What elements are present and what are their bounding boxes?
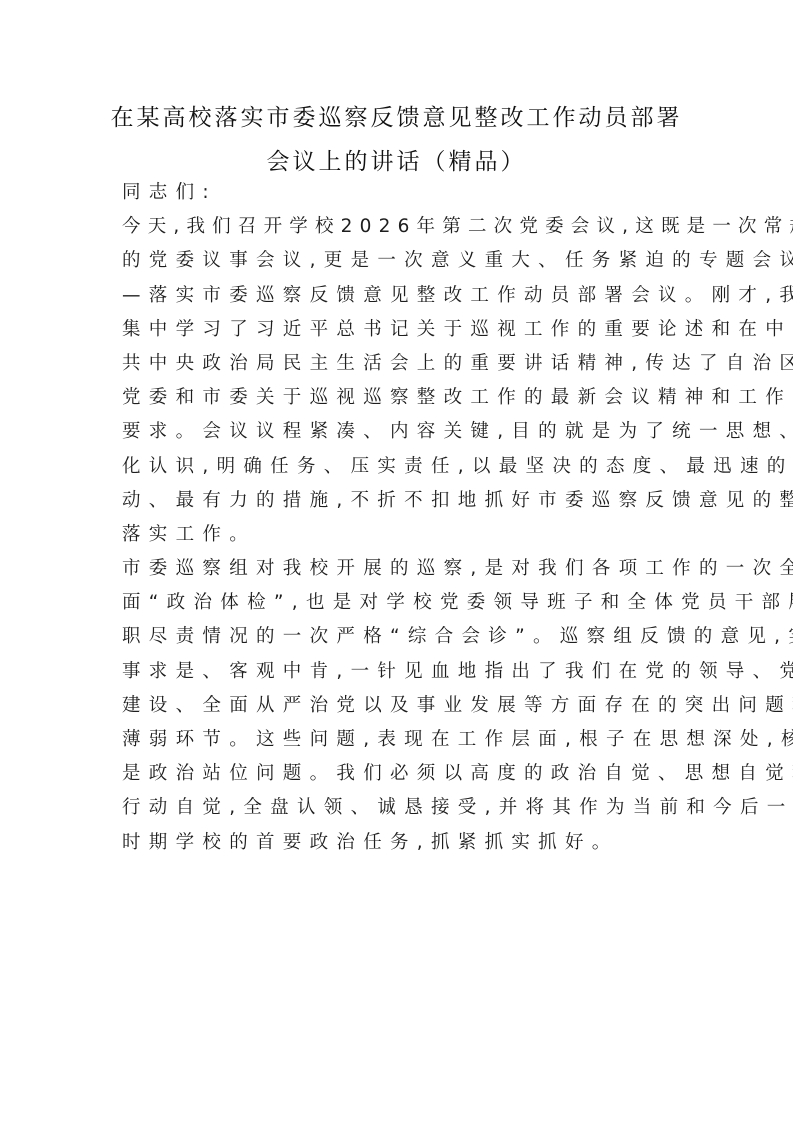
paragraph-line: 动、最有力的措施,不折不扣地抓好市委巡察反馈意见的整改 — [122, 484, 674, 518]
paragraph-2: 市委巡察组对我校开展的巡察,是对我们各项工作的一次全 面“政治体检”,也是对学校… — [122, 552, 674, 860]
paragraph-line: 是政治站位问题。我们必须以高度的政治自觉、思想自觉和 — [122, 757, 674, 791]
document-title-line-2: 会议上的讲话（精品） — [0, 143, 793, 176]
paragraph-1: 今天,我们召开学校2026年第二次党委会议,这既是一次常规 的党委议事会议,更是… — [122, 210, 674, 552]
paragraph-line: 事求是、客观中肯,一针见血地指出了我们在党的领导、党的 — [122, 655, 674, 689]
paragraph-line: 的党委议事会议,更是一次意义重大、任务紧迫的专题会议— — [122, 244, 674, 278]
paragraph-line: 今天,我们召开学校2026年第二次党委会议,这既是一次常规 — [122, 210, 674, 244]
paragraph-line: —落实市委巡察反馈意见整改工作动员部署会议。刚才,我们 — [122, 279, 674, 313]
paragraph-line: 面“政治体检”,也是对学校党委领导班子和全体党员干部履 — [122, 586, 674, 620]
paragraph-line: 时期学校的首要政治任务,抓紧抓实抓好。 — [122, 826, 674, 860]
paragraph-line: 集中学习了习近平总书记关于巡视工作的重要论述和在中 — [122, 313, 674, 347]
paragraph-line: 落实工作。 — [122, 518, 674, 552]
paragraph-line: 行动自觉,全盘认领、诚恳接受,并将其作为当前和今后一个 — [122, 791, 674, 825]
paragraph-line: 化认识,明确任务、压实责任,以最坚决的态度、最迅速的行 — [122, 450, 674, 484]
paragraph-line: 职尽责情况的一次严格“综合会诊”。巡察组反馈的意见,实 — [122, 620, 674, 654]
paragraph-line: 薄弱环节。这些问题,表现在工作层面,根子在思想深处,核心 — [122, 723, 674, 757]
document-page: 在某高校落实市委巡察反馈意见整改工作动员部署 会议上的讲话（精品） 同志们: 今… — [0, 0, 793, 1122]
paragraph-line: 共中央政治局民主生活会上的重要讲话精神,传达了自治区 — [122, 347, 674, 381]
paragraph-line: 建设、全面从严治党以及事业发展等方面存在的突出问题和 — [122, 689, 674, 723]
document-title-line-1: 在某高校落实市委巡察反馈意见整改工作动员部署 — [0, 99, 793, 132]
salutation: 同志们: — [122, 176, 674, 210]
paragraph-line: 市委巡察组对我校开展的巡察,是对我们各项工作的一次全 — [122, 552, 674, 586]
paragraph-line: 党委和市委关于巡视巡察整改工作的最新会议精神和工作 — [122, 381, 674, 415]
paragraph-line: 要求。会议议程紧凑、内容关键,目的就是为了统一思想、深 — [122, 415, 674, 449]
document-body: 同志们: 今天,我们召开学校2026年第二次党委会议,这既是一次常规 的党委议事… — [122, 176, 674, 860]
